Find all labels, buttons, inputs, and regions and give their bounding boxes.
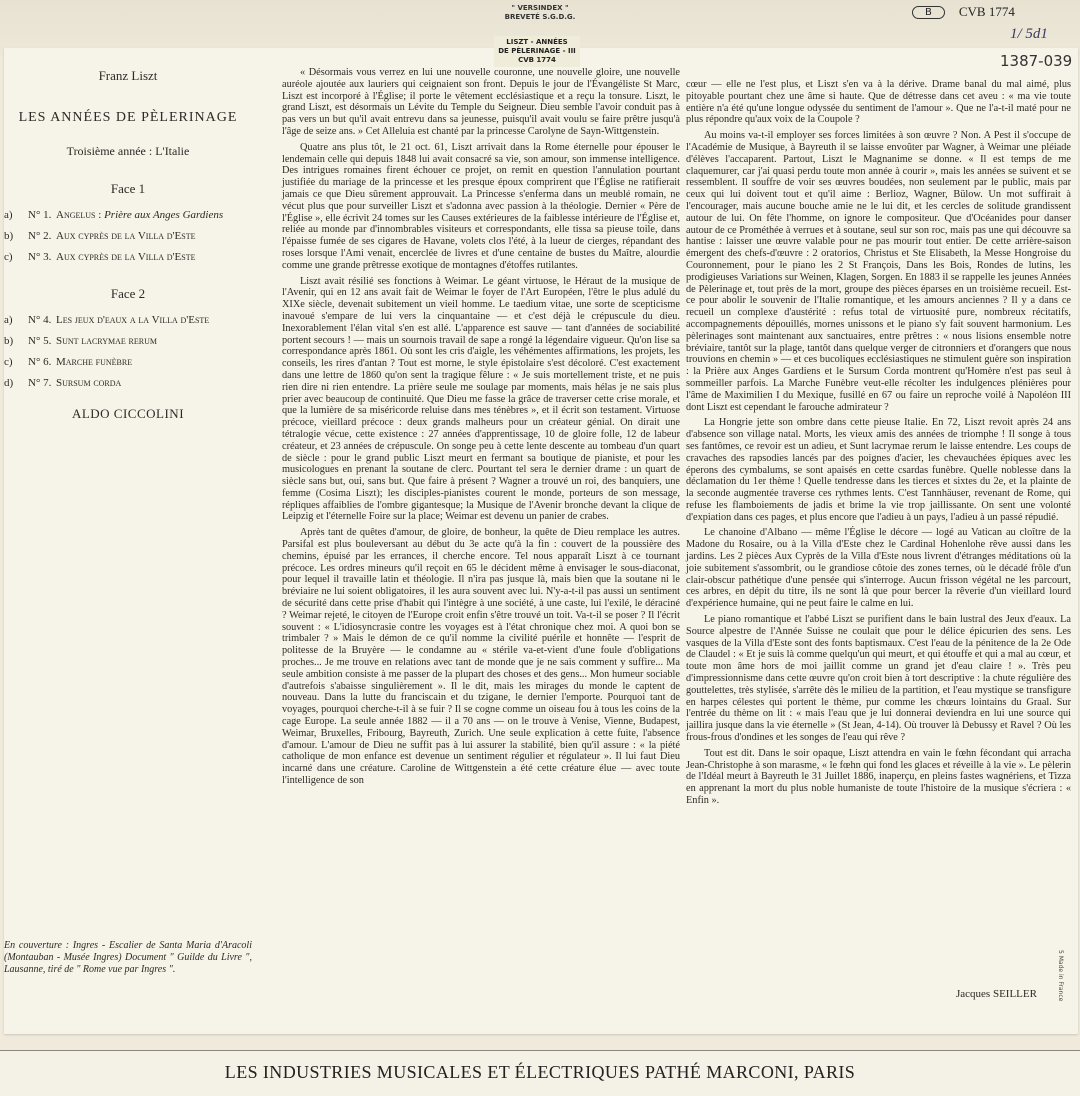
track-number: N° 5. [28, 335, 56, 348]
essay-paragraph: Tout est dit. Dans le soir opaque, Liszt… [686, 748, 1071, 807]
track-title: Aux cyprès de la Villa d'Este [56, 251, 256, 264]
catalog-number: CVB 1774 [959, 4, 1015, 20]
essay-paragraph: La Hongrie jette son ombre dans cette pi… [686, 417, 1071, 523]
track-letter: a) [4, 209, 28, 222]
work-title: LES ANNÉES DE PÈLERINAGE [0, 110, 256, 126]
track-letter: c) [4, 251, 28, 264]
spine-label-line: DE PÈLERINAGE - III [494, 47, 580, 56]
track-title: Marche funèbre [56, 356, 256, 369]
track-number: N° 2. [28, 230, 56, 243]
performer-name: ALDO CICCOLINI [0, 406, 256, 422]
track-number: N° 4. [28, 314, 56, 327]
track-item: d)N° 7.Sursum corda [4, 377, 256, 390]
essay-paragraph: Liszt avait résilié ses fonctions à Weim… [282, 276, 680, 524]
track-number: N° 7. [28, 377, 56, 390]
essay-paragraph: Quatre ans plus tôt, le 21 oct. 61, Lisz… [282, 142, 680, 272]
spine-label: LISZT - ANNÉES DE PÈLERINAGE - III CVB 1… [494, 36, 580, 67]
track-listing-column: Franz Liszt LES ANNÉES DE PÈLERINAGE Tro… [0, 60, 256, 422]
track-item: c)N° 6.Marche funèbre [4, 356, 256, 369]
track-item: b)N° 2.Aux cyprès de la Villa d'Este [4, 230, 256, 243]
essay-column-middle: « Désormais vous verrez en lui une nouve… [282, 67, 680, 791]
track-letter: d) [4, 377, 28, 390]
author-signature: Jacques SEILLER [956, 988, 1037, 1000]
cover-credit: En couverture : Ingres - Escalier de San… [4, 940, 252, 976]
track-item: a)N° 4.Les jeux d'eaux a la Villa d'Este [4, 314, 256, 327]
track-title: Aux cyprès de la Villa d'Este [56, 230, 256, 243]
track-number: N° 6. [28, 356, 56, 369]
track-item: c)N° 3.Aux cyprès de la Villa d'Este [4, 251, 256, 264]
publisher-footer: LES INDUSTRIES MUSICALES ET ÉLECTRIQUES … [0, 1062, 1080, 1083]
track-title: Sunt lacrymae rerum [56, 335, 256, 348]
catalog-info: B CVB 1774 [912, 4, 1015, 20]
essay-paragraph: « Désormais vous verrez en lui une nouve… [282, 67, 680, 138]
track-title: Angelus : Prière aux Anges Gardiens [56, 209, 256, 222]
spine-label-line: LISZT - ANNÉES [494, 38, 580, 47]
face-heading: Face 1 [0, 181, 256, 197]
track-faces: Face 1a)N° 1.Angelus : Prière aux Anges … [0, 181, 256, 390]
handwritten-number: 1387-039 [1000, 52, 1072, 70]
composer-name: Franz Liszt [0, 68, 256, 84]
face-heading: Face 2 [0, 286, 256, 302]
track-item: b)N° 5.Sunt lacrymae rerum [4, 335, 256, 348]
track-letter: b) [4, 335, 28, 348]
track-letter: a) [4, 314, 28, 327]
versindex-patent: BREVETÉ S.G.D.G. [498, 13, 582, 22]
track-letter: c) [4, 356, 28, 369]
essay-paragraph: Au moins va-t-il employer ses forces lim… [686, 130, 1071, 413]
track-number: N° 3. [28, 251, 56, 264]
work-subtitle: Troisième année : L'Italie [0, 144, 256, 159]
essay-paragraph: Le piano romantique et l'abbé Liszt se p… [686, 614, 1071, 744]
essay-paragraph: Le chanoine d'Albano — même l'Église le … [686, 527, 1071, 610]
essay-paragraph: Après tant de quêtes d'amour, de gloire,… [282, 527, 680, 787]
track-item: a)N° 1.Angelus : Prière aux Anges Gardie… [4, 209, 256, 222]
spine-label-line: CVB 1774 [494, 56, 580, 65]
side-badge: B [912, 6, 945, 19]
handwritten-note: 1/ 5d1 [1010, 26, 1048, 43]
essay-paragraph: cœur — elle ne l'est plus, et Liszt s'en… [686, 79, 1071, 126]
track-number: N° 1. [28, 209, 56, 222]
track-letter: b) [4, 230, 28, 243]
track-title: Les jeux d'eaux a la Villa d'Este [56, 314, 256, 327]
versindex-mark: " VERSINDEX " BREVETÉ S.G.D.G. [498, 4, 582, 22]
essay-column-right: cœur — elle ne l'est plus, et Liszt s'en… [686, 79, 1071, 811]
track-title: Sursum corda [56, 377, 256, 390]
made-in-france-print: 5 Made in France [1057, 950, 1064, 1001]
versindex-brand: " VERSINDEX " [498, 4, 582, 13]
